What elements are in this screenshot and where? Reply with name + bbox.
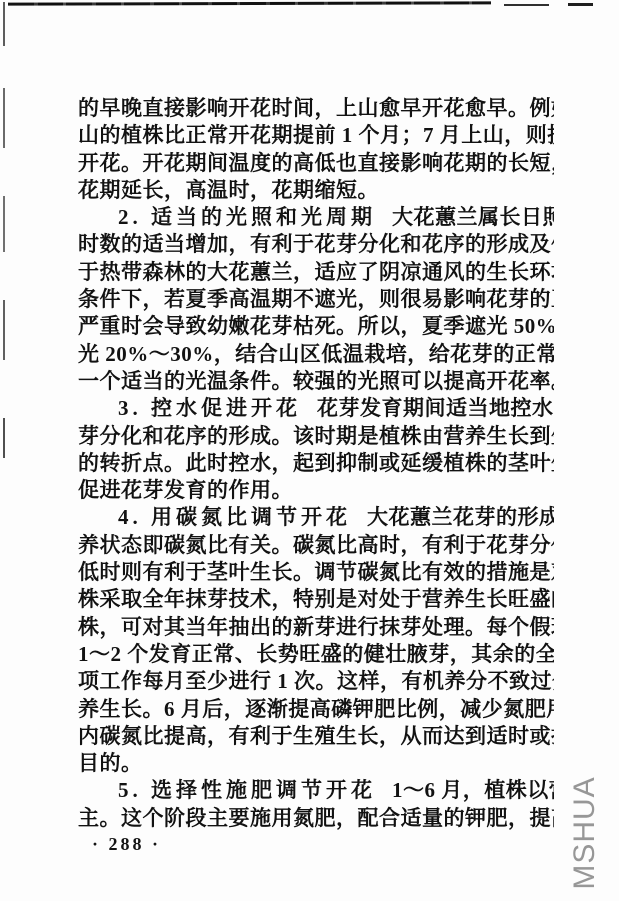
header-rule-dash	[504, 4, 549, 6]
line-text: 山的植株比正常开花期提前 1 个月；7 月上山，则提早半个月	[78, 123, 554, 147]
text-line: 于热带森林的大花蕙兰，适应了阴凉通风的生长环境。在栽培	[78, 259, 554, 286]
line-text: 光 20%～30%，结合山区低温栽培，给花芽的正常发育提供	[78, 342, 554, 366]
watermark: MSHUA	[564, 760, 606, 901]
text-line: 低时则有利于茎叶生长。调节碳氮比有效的措施是对成熟植	[78, 559, 554, 586]
text-line: 养状态即碳氮比有关。碳氮比高时，有利于花芽分化和形成；	[78, 532, 554, 559]
line-text: 促进花芽发育的作用。	[78, 478, 293, 502]
header-rule	[8, 1, 491, 5]
text-line: 内碳氮比提高，有利于生殖生长，从而达到适时或提早开花的	[78, 723, 554, 750]
header-rule-dash	[568, 3, 593, 6]
line-text: 内碳氮比提高，有利于生殖生长，从而达到适时或提早开花的	[78, 724, 554, 748]
text-line: 项工作每月至少进行 1 次。这样，有机养分不致过分消耗于营	[78, 668, 554, 695]
text-line: 时数的适当增加，有利于花芽分化和花序的形成及伸长。原产	[78, 231, 554, 258]
page-edge-line	[3, 196, 5, 252]
text-line: 山的植株比正常开花期提前 1 个月；7 月上山，则提早半个月	[78, 122, 554, 149]
line-text: 条件下，若夏季高温期不遮光，则很易影响花芽的正常发育，	[78, 287, 554, 311]
text-line: 的转折点。此时控水，起到抑制或延缓植株的茎叶生长，提早	[78, 450, 554, 477]
text-line: 芽分化和花序的形成。该时期是植株由营养生长到生殖生长	[78, 423, 554, 450]
text-line: 1～2 个发育正常、长势旺盛的健壮腋芽，其余的全部抹去，此	[78, 641, 554, 668]
text-line: 株，可对其当年抽出的新芽进行抹芽处理。每个假球茎保留	[78, 614, 554, 641]
scanned-book-page: 的早晚直接影响开花时间，上山愈早开花愈早。例如，6 月上山的植株比正常开花期提前…	[0, 0, 619, 901]
line-text: 1～2 个发育正常、长势旺盛的健壮腋芽，其余的全部抹去，此	[78, 642, 554, 666]
text-line: 条件下，若夏季高温期不遮光，则很易影响花芽的正常发育，	[78, 286, 554, 313]
text-line: 开花。开花期间温度的高低也直接影响花期的长短，低温时，	[78, 150, 554, 177]
text-line: 严重时会导致幼嫩花芽枯死。所以，夏季遮光 50%，春秋季遮	[78, 313, 554, 340]
text-line: 的早晚直接影响开花时间，上山愈早开花愈早。例如，6 月上	[78, 95, 554, 122]
line-text: 的转折点。此时控水，起到抑制或延缓植株的茎叶生长，提早	[78, 451, 554, 475]
section-heading: 5. 选择性施肥调节开花	[118, 778, 376, 802]
text-line: 花期延长，高温时，花期缩短。	[78, 177, 554, 204]
text-line: 促进花芽发育的作用。	[78, 477, 554, 504]
line-text: 一个适当的光温条件。较强的光照可以提高开花率。	[78, 369, 554, 393]
section-heading-line: 5. 选择性施肥调节开花1～6 月，植株以营养生长为	[78, 777, 554, 804]
line-text: 严重时会导致幼嫩花芽枯死。所以，夏季遮光 50%，春秋季遮	[78, 314, 554, 338]
line-text: 大花蕙兰属长日照植物，光照	[392, 205, 554, 229]
line-text: 1～6 月，植株以营养生长为	[392, 778, 554, 802]
line-text: 株，可对其当年抽出的新芽进行抹芽处理。每个假球茎保留	[78, 615, 554, 639]
line-text: 花期延长，高温时，花期缩短。	[78, 178, 379, 202]
section-heading-line: 4. 用碳氮比调节开花大花蕙兰花芽的形成与植株的营	[78, 504, 554, 531]
page-edge-line	[3, 300, 5, 360]
line-text: 时数的适当增加，有利于花芽分化和花序的形成及伸长。原产	[78, 232, 554, 256]
text-block: 的早晚直接影响开花时间，上山愈早开花愈早。例如，6 月上山的植株比正常开花期提前…	[78, 95, 554, 832]
line-text: 养状态即碳氮比有关。碳氮比高时，有利于花芽分化和形成；	[78, 533, 554, 557]
section-heading: 2. 适当的光照和光周期	[118, 205, 376, 229]
line-text: 大花蕙兰花芽的形成与植株的营	[367, 505, 554, 529]
page-edge-line	[3, 2, 5, 46]
text-line: 养生长。6 月后，逐渐提高磷钾肥比例，减少氮肥用量，植物体	[78, 696, 554, 723]
text-line: 主。这个阶段主要施用氮肥，配合适量的钾肥，提高氮素的利	[78, 805, 554, 832]
text-line: 目的。	[78, 750, 554, 777]
section-heading: 3. 控水促进开花	[118, 396, 301, 420]
page-number: · 288 ·	[92, 834, 161, 855]
line-text: 芽分化和花序的形成。该时期是植株由营养生长到生殖生长	[78, 424, 554, 448]
line-text: 于热带森林的大花蕙兰，适应了阴凉通风的生长环境。在栽培	[78, 260, 554, 284]
line-text: 目的。	[78, 751, 143, 775]
line-text: 花芽发育期间适当地控水，能促进花	[317, 396, 554, 420]
text-line: 光 20%～30%，结合山区低温栽培，给花芽的正常发育提供	[78, 341, 554, 368]
section-heading-line: 3. 控水促进开花花芽发育期间适当地控水，能促进花	[78, 395, 554, 422]
text-line: 株采取全年抹芽技术，特别是对处于营养生长旺盛的春夏植	[78, 586, 554, 613]
line-text: 养生长。6 月后，逐渐提高磷钾肥比例，减少氮肥用量，植物体	[78, 697, 554, 721]
line-text: 株采取全年抹芽技术，特别是对处于营养生长旺盛的春夏植	[78, 587, 554, 611]
line-text: 的早晚直接影响开花时间，上山愈早开花愈早。例如，6 月上	[78, 96, 554, 120]
line-text: 主。这个阶段主要施用氮肥，配合适量的钾肥，提高氮素的利	[78, 806, 554, 830]
page-edge-line	[3, 88, 5, 148]
text-line: 一个适当的光温条件。较强的光照可以提高开花率。	[78, 368, 554, 395]
line-text: 项工作每月至少进行 1 次。这样，有机养分不致过分消耗于营	[78, 669, 554, 693]
page-edge-line	[3, 418, 5, 458]
line-text: 开花。开花期间温度的高低也直接影响花期的长短，低温时，	[78, 151, 554, 175]
section-heading: 4. 用碳氮比调节开花	[118, 505, 351, 529]
line-text: 低时则有利于茎叶生长。调节碳氮比有效的措施是对成熟植	[78, 560, 554, 584]
section-heading-line: 2. 适当的光照和光周期大花蕙兰属长日照植物，光照	[78, 204, 554, 231]
